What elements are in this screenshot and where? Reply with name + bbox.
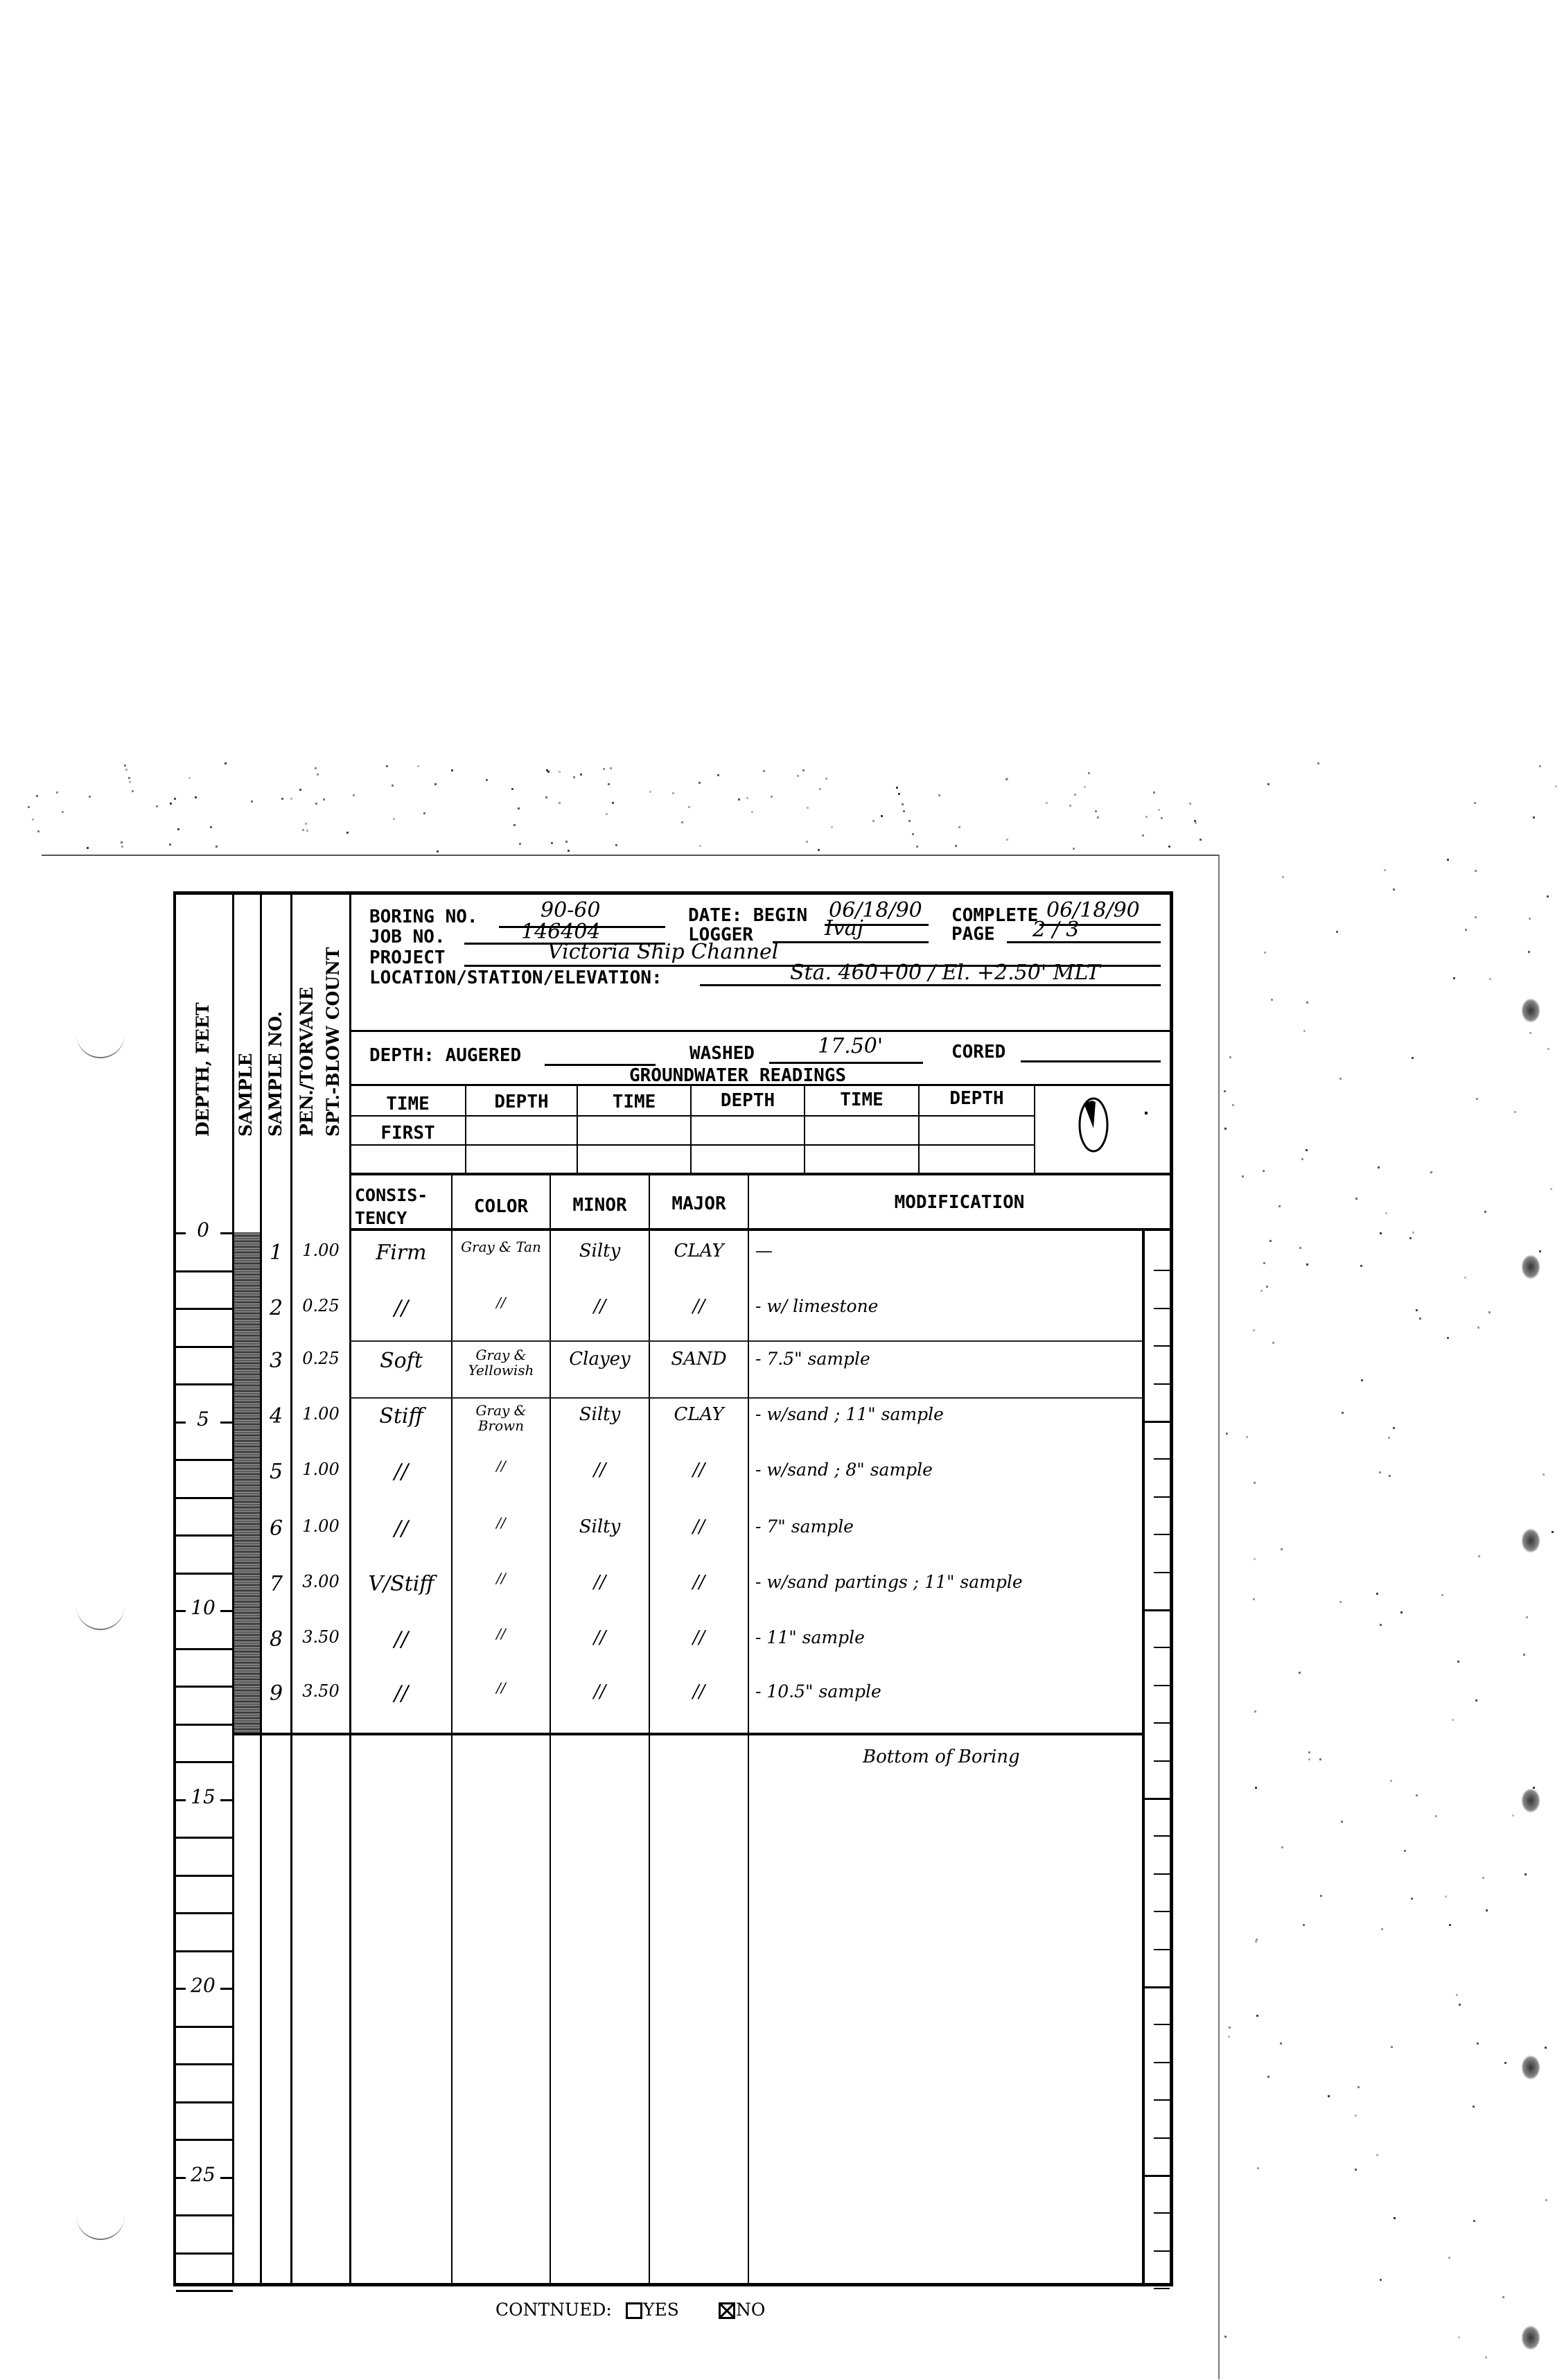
modification-value: - 7.5" sample	[755, 1349, 1140, 1369]
modification-value: - w/sand ; 11" sample	[755, 1404, 1140, 1424]
gw-header-depth-3: DEPTH	[920, 1088, 1034, 1109]
color-value: //	[452, 1295, 550, 1310]
modification-value: - 10.5" sample	[755, 1681, 1140, 1701]
depth-scale-label: 10	[184, 1596, 222, 1619]
page-label: PAGE	[951, 924, 995, 945]
consistency-value: //	[351, 1627, 451, 1652]
major-value: CLAY	[650, 1404, 748, 1425]
color-value: //	[452, 1680, 550, 1695]
major-value: //	[650, 1516, 748, 1537]
sample-no: 3	[262, 1349, 290, 1373]
pen-torvane-value: 1.00	[292, 1404, 349, 1424]
sample-header: SAMPLE	[236, 1053, 256, 1137]
gw-header-depth-1: DEPTH	[466, 1092, 577, 1112]
color-value: Gray & Tan	[452, 1239, 550, 1254]
consistency-value: //	[351, 1516, 451, 1541]
minor-value: //	[551, 1681, 649, 1702]
major-value: CLAY	[650, 1241, 748, 1261]
consistency-header: CONSIS- TENCY	[355, 1184, 428, 1230]
gw-header-time-3: TIME	[805, 1090, 918, 1110]
depth-augered-label: DEPTH: AUGERED	[369, 1045, 521, 1066]
scan-blotch	[1521, 1788, 1540, 1813]
boring-no-label: BORING NO.	[369, 907, 478, 927]
sample-no: 7	[262, 1572, 290, 1596]
minor-value: //	[551, 1572, 649, 1593]
sample-no: 8	[262, 1627, 290, 1652]
scan-blotch	[1521, 1528, 1540, 1553]
scan-blotch	[1521, 1254, 1540, 1279]
pen-torvane-value: 0.25	[292, 1296, 349, 1315]
date-begin-label: DATE: BEGIN	[688, 905, 807, 926]
pen-torvane-value: 3.50	[292, 1627, 349, 1647]
boring-no-value[interactable]: 90-60	[541, 898, 600, 922]
scan-blotch	[1521, 2055, 1540, 2080]
minor-value: Silty	[551, 1516, 649, 1537]
location-label: LOCATION/STATION/ELEVATION:	[369, 968, 662, 988]
color-value: //	[452, 1570, 550, 1586]
major-value: //	[650, 1681, 748, 1702]
major-header: MAJOR	[650, 1193, 748, 1214]
washed-label: WASHED	[689, 1043, 755, 1064]
pen-torvane-value: 1.00	[292, 1516, 349, 1536]
consistency-value: Soft	[351, 1349, 451, 1373]
minor-value: Silty	[551, 1241, 649, 1261]
minor-value: //	[551, 1627, 649, 1648]
minor-value: Clayey	[551, 1349, 649, 1370]
pen-torvane-value: 3.00	[292, 1572, 349, 1591]
major-value: //	[650, 1572, 748, 1593]
depth-scale-label: 25	[184, 2163, 222, 2186]
continued-label: CONTNUED:	[495, 2300, 612, 2320]
pen-torvane-value: 0.25	[292, 1349, 349, 1368]
gw-first-label: FIRST	[351, 1123, 465, 1144]
gw-header-time-2: TIME	[578, 1092, 690, 1112]
color-value: //	[452, 1458, 550, 1473]
consistency-value: Stiff	[351, 1404, 451, 1428]
clock-symbol-icon	[1073, 1094, 1114, 1156]
modification-value: - w/sand partings ; 11" sample	[755, 1572, 1140, 1592]
depth-scale-label: 15	[184, 1785, 222, 1808]
continued-yes-label: YES	[643, 2300, 679, 2320]
dot-mark	[1145, 1112, 1148, 1114]
sample-no: 2	[262, 1296, 290, 1320]
sample-no: 9	[262, 1681, 290, 1706]
paper-edge-right	[1218, 855, 1220, 2379]
modification-value: - w/ limestone	[755, 1296, 1140, 1316]
minor-value: //	[551, 1460, 649, 1480]
sample-bar	[234, 1232, 260, 1734]
paper-edge	[42, 855, 1220, 856]
washed-value[interactable]: 17.50'	[818, 1034, 883, 1058]
project-value[interactable]: Victoria Ship Channel	[547, 940, 778, 964]
scan-blotch	[1521, 2325, 1540, 2350]
sample-no-header: SAMPLE NO.	[265, 1011, 285, 1137]
modification-value: —	[755, 1241, 1140, 1261]
binder-hole-mark	[76, 1587, 125, 1630]
continued-no-checkbox[interactable]	[719, 2302, 735, 2319]
continued-no-label: NO	[736, 2300, 765, 2320]
gw-header-depth-2: DEPTH	[692, 1090, 804, 1111]
gw-header-time-1: TIME	[351, 1094, 465, 1114]
logger-value[interactable]: Ivaj	[825, 916, 863, 940]
location-value[interactable]: Sta. 460+00 / El. +2.50' MLT	[790, 961, 1100, 985]
modification-value: - 11" sample	[755, 1627, 1140, 1647]
job-no-label: JOB NO.	[369, 927, 446, 947]
minor-header: MINOR	[551, 1195, 649, 1216]
complete-label: COMPLETE	[951, 905, 1038, 926]
consistency-value: Firm	[351, 1241, 451, 1265]
major-value: //	[650, 1460, 748, 1480]
depth-scale-label: 20	[184, 1974, 222, 1997]
major-value: //	[650, 1627, 748, 1648]
color-value: Gray & Brown	[452, 1403, 550, 1433]
color-value: //	[452, 1515, 550, 1530]
bottom-of-boring-note: Bottom of Boring	[863, 1747, 1020, 1767]
binder-hole-mark	[76, 2197, 125, 2240]
major-value: //	[650, 1296, 748, 1317]
modification-header: MODIFICATION	[749, 1192, 1170, 1213]
modification-value: - 7" sample	[755, 1516, 1140, 1537]
pen-torvane-value: 1.00	[292, 1241, 349, 1260]
cored-label: CORED	[951, 1042, 1005, 1062]
modification-value: - w/sand ; 8" sample	[755, 1460, 1140, 1480]
sample-no: 1	[262, 1241, 290, 1265]
color-header: COLOR	[452, 1196, 550, 1217]
checkmark-x-icon	[721, 2304, 733, 2317]
consistency-value: //	[351, 1296, 451, 1320]
binder-hole-mark	[76, 1015, 125, 1058]
pen-torvane-value: 1.00	[292, 1460, 349, 1479]
depth-scale-label: 0	[184, 1218, 222, 1241]
depth-scale-label: 5	[184, 1408, 222, 1430]
spt-blow-count-header: SPT.-BLOW COUNT	[323, 947, 343, 1137]
color-value: Gray & Yellowish	[452, 1347, 550, 1378]
groundwater-title: GROUNDWATER READINGS	[629, 1065, 846, 1086]
sample-no: 5	[262, 1460, 290, 1484]
sample-no: 6	[262, 1516, 290, 1541]
sample-no: 4	[262, 1404, 290, 1428]
pen-torvane-value: 3.50	[292, 1681, 349, 1701]
major-value: SAND	[650, 1349, 748, 1370]
color-value: //	[452, 1626, 550, 1641]
minor-value: //	[551, 1296, 649, 1317]
depth-feet-header: DEPTH, FEET	[193, 1002, 213, 1137]
consistency-value: V/Stiff	[351, 1572, 451, 1596]
minor-value: Silty	[551, 1404, 649, 1425]
scan-blotch	[1521, 998, 1540, 1023]
project-label: PROJECT	[369, 947, 446, 968]
continued-yes-checkbox[interactable]	[626, 2302, 642, 2319]
pen-torvane-header: PEN./TORVANE	[297, 987, 317, 1137]
page-value: 2 / 3	[1033, 918, 1079, 942]
consistency-value: //	[351, 1460, 451, 1484]
consistency-value: //	[351, 1681, 451, 1706]
